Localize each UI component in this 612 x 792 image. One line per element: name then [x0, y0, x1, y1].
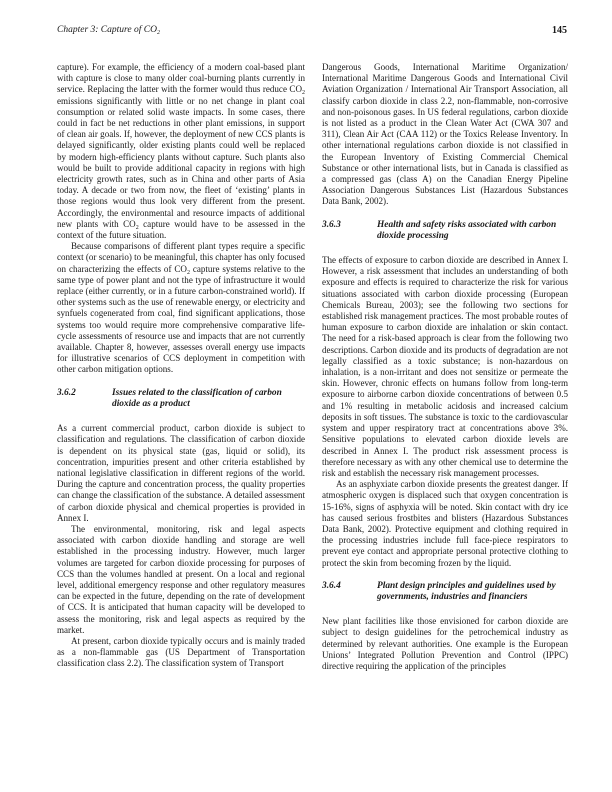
paragraph: Because comparisons of different plant t… — [57, 241, 305, 375]
section-number: 3.6.2 — [57, 388, 112, 410]
paragraph: Dangerous Goods, International Maritime … — [322, 62, 568, 208]
paragraph: As an asphyxiate carbon dioxide presents… — [322, 479, 568, 569]
section-heading-3-6-3: 3.6.3 Health and safety risks associated… — [322, 220, 568, 242]
page-header: Chapter 3: Capture of CO2 145 — [57, 25, 567, 39]
section-title: Plant design principles and guidelines u… — [377, 581, 568, 603]
section-heading-3-6-2: 3.6.2 Issues related to the classificati… — [57, 388, 305, 410]
paragraph: The environmental, monitoring, risk and … — [57, 524, 305, 636]
paragraph: The effects of exposure to carbon dioxid… — [322, 255, 568, 479]
paragraph: New plant facilities like those envision… — [322, 616, 568, 672]
section-number: 3.6.3 — [322, 220, 377, 242]
text-run: capture). For example, the efficiency of… — [57, 62, 305, 94]
section-title: Health and safety risks associated with … — [377, 220, 568, 242]
paragraph: As a current commercial product, carbon … — [57, 423, 305, 524]
section-number: 3.6.4 — [322, 581, 377, 603]
paragraph: At present, carbon dioxide typically occ… — [57, 636, 305, 670]
section-title: Issues related to the classification of … — [112, 388, 305, 410]
text-run: capture systems relative to the same typ… — [57, 264, 305, 375]
left-column: capture). For example, the efficiency of… — [57, 62, 305, 670]
section-heading-3-6-4: 3.6.4 Plant design principles and guidel… — [322, 581, 568, 603]
subscript: 2 — [157, 30, 160, 36]
paragraph: capture). For example, the efficiency of… — [57, 62, 305, 241]
page-number: 145 — [552, 25, 567, 36]
text-run: emissions significantly with little or n… — [57, 96, 305, 229]
chapter-title: Chapter 3: Capture of CO2 — [57, 25, 160, 35]
right-column: Dangerous Goods, International Maritime … — [322, 62, 568, 672]
chapter-title-text: Chapter 3: Capture of CO — [57, 25, 157, 35]
